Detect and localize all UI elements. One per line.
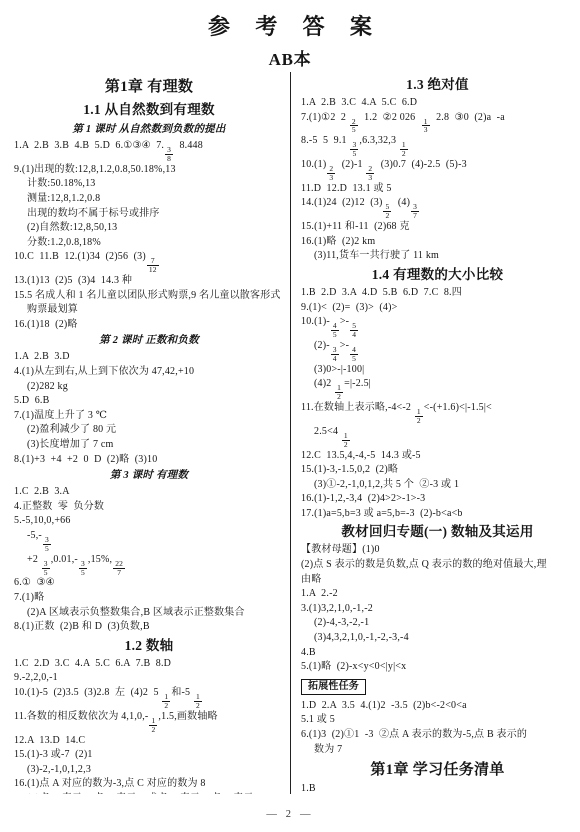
answer-line-continuation: (3)4,3,2,1,0,-1,-2,-3,-4 [301,631,574,646]
answer-line: 1.A 2.B 3.D [14,350,284,365]
answer-line-continuation: (3)0>-|-100| [301,363,574,378]
fraction: 13 [422,118,430,135]
answer-line-continuation: 分数:1.2,0.8,18% [14,236,284,251]
fraction: 35 [79,560,87,577]
answer-line: 15.(1)+11 和-11 (2)68 克 [301,220,574,235]
fraction: 34 [331,346,339,363]
answer-line: 8.(1)+3 +4 +2 0 D (2)略 (3)10 [14,453,284,468]
section-heading: 1.4 有理数的大小比较 [301,264,574,286]
answer-line: 1.A 2.B 3.C 4.A 5.C 6.D [301,96,574,111]
answer-line-continuation: 2.5<4 12 [301,425,574,449]
answer-line-continuation: 数为 7 [301,743,574,758]
answer-line-continuation: (3)①-2,-1,0,1,2,共 5 个 ②-3 或 1 [301,478,574,493]
answer-line: 6.(1)3 (2)①1 -3 ②点 A 表示的数为-5,点 B 表示的 [301,728,574,743]
answer-line-continuation: (2)点 A 表示-6,点 C 表示 5 或点 A 表示 0,点 C 表示 11 [14,792,284,794]
answer-line-continuation: (2)A 区域表示负整数集合,B 区域表示正整数集合 [14,606,284,621]
fraction: 37 [411,203,419,220]
boxed-task-label: 拓展性任务 [301,675,574,699]
answer-line-continuation: (2)282 kg [14,380,284,395]
lesson-heading: 第 1 课时 从自然数到负数的提出 [14,121,284,139]
answer-line: 10.C 11.B 12.(1)34 (2)56 (3)712 [14,250,284,274]
answer-line: 14.(1)24 (2)12 (3)52 (4)37 [301,196,574,220]
answer-line: 15.5 名成人和 1 名儿童以团队形式购票,9 名儿童以散客形式 [14,289,284,304]
section-heading: 1.2 数轴 [14,635,284,657]
answer-line: 9.-2,2,0,-1 [14,671,284,686]
fraction: 54 [350,322,358,339]
answer-line: 11.在数轴上表示略,-4<-2 12<-(+1.6)<|-1.5|< [301,401,574,425]
answer-line-continuation: 计数:50.18%,13 [14,177,284,192]
answer-line: (2)点 S 表示的数是负数,点 Q 表示的数的绝对值最大,理 [301,558,574,573]
answer-line: 9.(1)< (2)= (3)> (4)> [301,301,574,316]
answer-line: 1.A 2.B 3.B 4.B 5.D 6.①③④ 7.38 8.448 [14,139,284,163]
answer-line: 10.(1)-45>-54 [301,315,574,339]
answer-line-continuation: (2)-34>-45 [301,339,574,363]
answer-line: 1.D 2.A 3.5 4.(1)2 -3.5 (2)b<-2<0<a [301,699,574,714]
answer-line: 16.(1)-1,2,-3,4 (2)4>2>-1>-3 [301,492,574,507]
answer-line: 13.(1)13 (2)5 (3)4 14.3 种 [14,274,284,289]
answer-line-continuation: +2 35,0.01,-35,15%,227 [14,553,284,577]
fraction: 45 [350,346,358,363]
fraction: 25 [350,118,358,135]
answer-line: 12.C 13.5,4,-4,-5 14.3 或-5 [301,449,574,464]
answer-line: 1.B [301,782,574,794]
answer-line: 【教材母题】(1)0 [301,543,574,558]
answer-line-continuation: 测量:12,8,1.2,0.8 [14,192,284,207]
fraction: 35 [350,141,358,158]
answer-line-continuation: (3)-2,-1,0,1,2,3 [14,763,284,778]
answers-right-column: 1.3 绝对值1.A 2.B 3.C 4.A 5.C 6.D7.(1)①2 2 … [290,72,580,794]
answer-line-continuation: (2)盈利减少了 80 元 [14,423,284,438]
section-heading: 1.1 从自然数到有理数 [14,99,284,121]
section-heading: 教材回归专题(一) 数轴及其运用 [301,521,574,543]
fraction: 227 [113,560,125,577]
fraction: 45 [331,322,339,339]
fraction: 12 [335,384,343,401]
answer-line: 5.(1)略 (2)-x<y<0<|y|<x [301,660,574,675]
boxed-task-label: 拓展性任务 [301,679,366,695]
answer-line-continuation: -5,-35 [14,529,284,553]
answer-line-continuation: (2)自然数:12,8,50,13 [14,221,284,236]
page-subtitle: AB本 [0,41,580,72]
fraction: 12 [162,693,170,710]
answer-line: 16.(1)点 A 对应的数为-3,点 C 对应的数为 8 [14,777,284,792]
answer-line: 5.1 或 5 [301,713,574,728]
answer-line: 12.A 13.D 14.C [14,734,284,749]
answer-line: 1.B 2.D 3.A 4.D 5.B 6.D 7.C 8.四 [301,286,574,301]
fraction: 12 [194,693,202,710]
answer-line: 17.(1)a=5,b=3 或 a=5,b=-3 (2)-b<a<b [301,507,574,522]
fraction: 52 [383,203,391,220]
lesson-heading: 第 2 课时 正数和负数 [14,332,284,350]
answer-line: 9.(1)出现的数:12,8,1.2,0.8,50.18%,13 [14,163,284,178]
fraction: 38 [165,146,173,163]
answer-line: 7.(1)温度上升了 3 ℃ [14,409,284,424]
answer-line: 10.(1)-5 (2)3.5 (3)2.8 左 (4)2 5 12和-5 12 [14,686,284,710]
lesson-heading: 第 3 课时 有理数 [14,467,284,485]
answer-line-continuation: (2)-4,-3,-2,-1 [301,616,574,631]
page-number: — 2 — [0,809,580,820]
answer-line-continuation: (4)2 12=|-2.5| [301,377,574,401]
answer-line: 15.(1)-3 或-7 (2)1 [14,748,284,763]
answer-line: 5.-5,10,0,+66 [14,514,284,529]
answer-key-page: 参 考 答 案 AB本 第1章 有理数1.1 从自然数到有理数第 1 课时 从自… [0,0,580,832]
answer-line: 8.-5 5 9.1 35,6.3,32,3 12 [301,134,574,158]
answer-line: 8.(1)正数 (2)B 和 D (3)负数,B [14,620,284,635]
answer-line: 16.(1)略 (2)2 km [301,235,574,250]
answer-line: 3.(1)3,2,1,0,-1,-2 [301,602,574,617]
fraction: 12 [415,408,423,425]
fraction: 12 [149,717,157,734]
answer-line: 1.C 2.B 3.A [14,485,284,500]
answer-columns: 第1章 有理数1.1 从自然数到有理数第 1 课时 从自然数到负数的提出1.A … [0,72,580,794]
fraction: 23 [327,165,335,182]
answer-line-continuation: 出现的数均不属于标号或排序 [14,207,284,222]
answer-line: 由略 [301,573,574,588]
fraction: 12 [342,432,350,449]
answer-line: 1.A 2.-2 [301,587,574,602]
answer-line: 5.D 6.B [14,394,284,409]
answer-line: 16.(1)18 (2)略 [14,318,284,333]
answer-line-continuation: (3)11,货车一共行驶了 11 km [301,249,574,264]
answer-line: 1.C 2.D 3.C 4.A 5.C 6.A 7.B 8.D [14,657,284,672]
answer-line: 15.(1)-3,-1.5,0,2 (2)略 [301,463,574,478]
answer-line: 10.(1)23 (2)-1 23 (3)0.7 (4)-2.5 (5)-3 [301,158,574,182]
answer-line-continuation: (3)长度增加了 7 cm [14,438,284,453]
section-heading: 1.3 绝对值 [301,74,574,96]
answer-line: 11.各数的相反数依次为 4,1,0,-12,1.5,画数轴略 [14,710,284,734]
answer-line: 4.正整数 零 负分数 [14,500,284,515]
fraction: 12 [400,141,408,158]
answers-left-column: 第1章 有理数1.1 从自然数到有理数第 1 课时 从自然数到负数的提出1.A … [0,72,290,794]
answer-line: 7.(1)①2 2 25 1.2 ②2 026 13 2.8 ③0 (2)a -… [301,111,574,135]
fraction: 23 [366,165,374,182]
page-title: 参 考 答 案 [0,0,580,41]
answer-line-continuation: 购票最划算 [14,303,284,318]
fraction: 35 [42,560,50,577]
chapter-heading: 第1章 有理数 [14,74,284,99]
chapter-heading: 第1章 学习任务清单 [301,757,574,782]
answer-line: 6.① ③④ [14,576,284,591]
fraction: 712 [147,257,159,274]
answer-line: 4.B [301,646,574,661]
answer-line: 4.(1)从左到右,从上到下依次为 47,42,+10 [14,365,284,380]
fraction: 35 [43,536,51,553]
answer-line: 7.(1)略 [14,591,284,606]
answer-line: 11.D 12.D 13.1 或 5 [301,182,574,197]
